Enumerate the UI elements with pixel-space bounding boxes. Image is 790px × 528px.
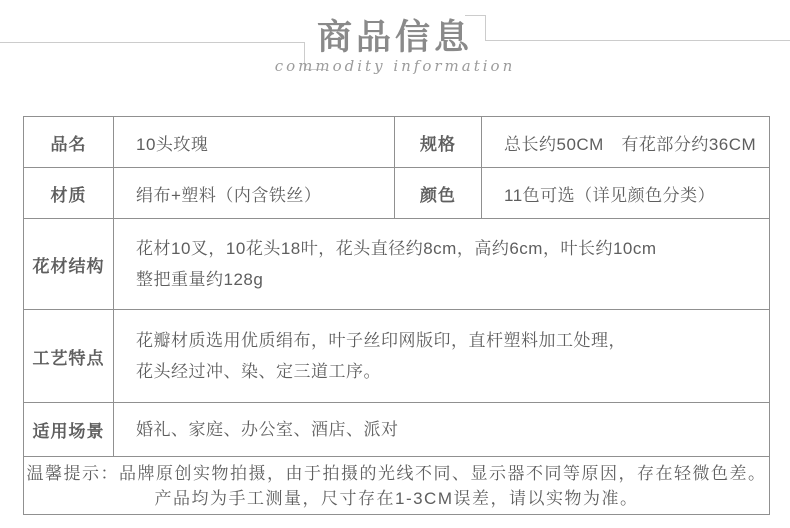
table-row-notice: 温馨提示：品牌原创实物拍摄，由于拍摄的光线不同、显示器不同等原因，存在轻微色差。…	[24, 457, 770, 515]
label-product-name: 品名	[24, 117, 114, 168]
value-color: 11色可选（详见颜色分类）	[482, 168, 770, 219]
label-flower-structure: 花材结构	[24, 219, 114, 310]
product-info-page: 商品信息 commodity information 品名 10头玫瑰 规格 总…	[0, 0, 790, 528]
table-row: 花材结构 花材10叉，10花头18叶，花头直径约8cm，高约6cm，叶长约10c…	[24, 219, 770, 310]
value-material: 绢布+塑料（内含铁丝）	[114, 168, 395, 219]
value-line: 花瓣材质选用优质绢布，叶子丝印网版印，直杆塑料加工处理，	[136, 325, 768, 356]
value-usage-scenes: 婚礼、家庭、办公室、酒店、派对	[114, 403, 770, 457]
value-line: 整把重量约128g	[136, 264, 768, 295]
product-info-table: 品名 10头玫瑰 规格 总长约50CM 有花部分约36CM 材质 绢布+塑料（内…	[23, 116, 770, 515]
value-specification: 总长约50CM 有花部分约36CM	[482, 117, 770, 168]
value-craft-features: 花瓣材质选用优质绢布，叶子丝印网版印，直杆塑料加工处理， 花头经过冲、染、定三道…	[114, 310, 770, 403]
label-color: 颜色	[395, 168, 482, 219]
notice-line: 产品均为手工测量，尺寸存在1-3CM误差，请以实物为准。	[25, 486, 768, 511]
page-header: 商品信息 commodity information	[0, 0, 790, 116]
value-product-name: 10头玫瑰	[114, 117, 395, 168]
value-line: 花材10叉，10花头18叶，花头直径约8cm，高约6cm，叶长约10cm	[136, 233, 768, 264]
label-usage-scenes: 适用场景	[24, 403, 114, 457]
table-row: 适用场景 婚礼、家庭、办公室、酒店、派对	[24, 403, 770, 457]
table-row: 材质 绢布+塑料（内含铁丝） 颜色 11色可选（详见颜色分类）	[24, 168, 770, 219]
label-specification: 规格	[395, 117, 482, 168]
table-row: 工艺特点 花瓣材质选用优质绢布，叶子丝印网版印，直杆塑料加工处理， 花头经过冲、…	[24, 310, 770, 403]
table-row: 品名 10头玫瑰 规格 总长约50CM 有花部分约36CM	[24, 117, 770, 168]
value-flower-structure: 花材10叉，10花头18叶，花头直径约8cm，高约6cm，叶长约10cm 整把重…	[114, 219, 770, 310]
notice-line: 温馨提示：品牌原创实物拍摄，由于拍摄的光线不同、显示器不同等原因，存在轻微色差。	[25, 461, 768, 486]
value-line: 婚礼、家庭、办公室、酒店、派对	[136, 414, 768, 445]
label-material: 材质	[24, 168, 114, 219]
notice-cell: 温馨提示：品牌原创实物拍摄，由于拍摄的光线不同、显示器不同等原因，存在轻微色差。…	[24, 457, 770, 515]
label-craft-features: 工艺特点	[24, 310, 114, 403]
page-title: 商品信息	[0, 10, 790, 60]
page-subtitle: commodity information	[0, 57, 790, 75]
value-line: 花头经过冲、染、定三道工序。	[136, 356, 768, 387]
